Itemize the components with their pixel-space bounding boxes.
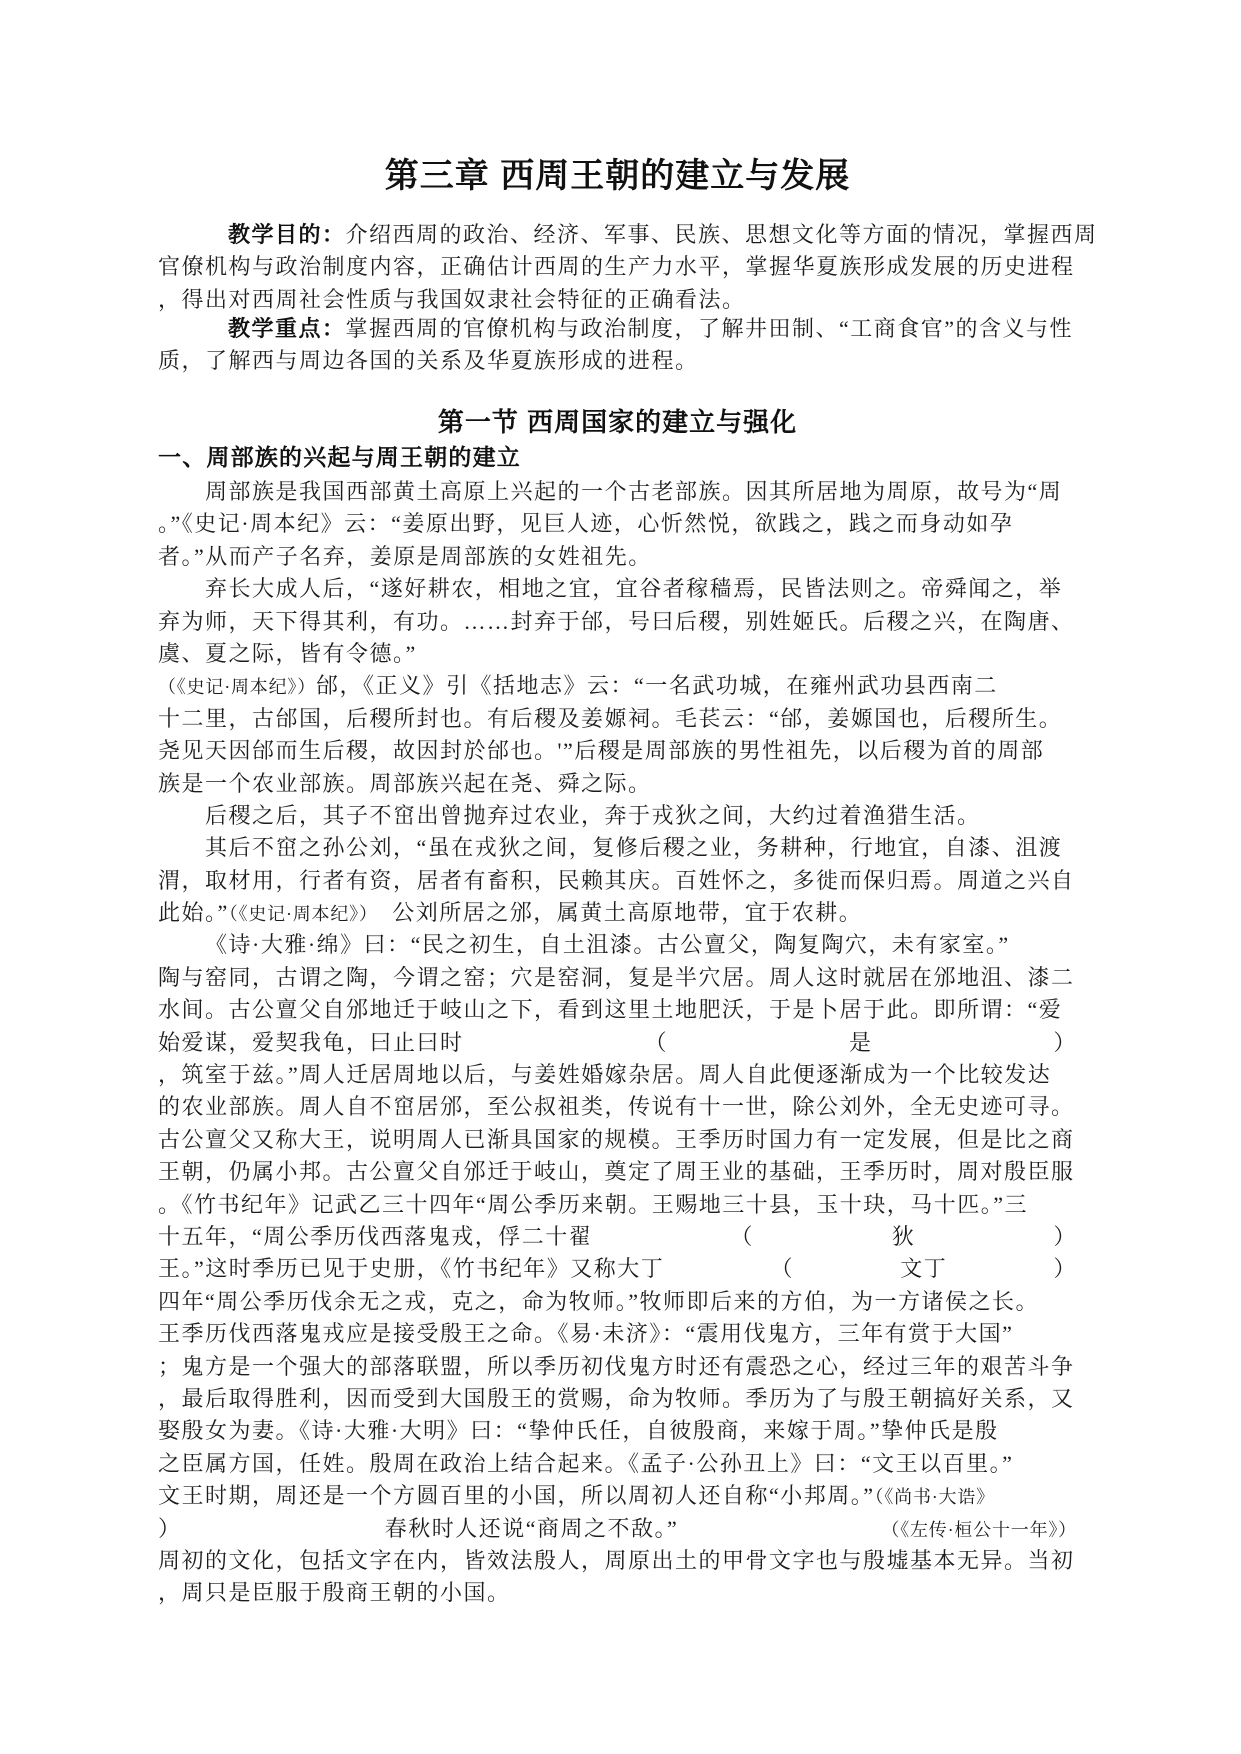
- document-page: 第三章 西周王朝的建立与发展 教学目的：介绍西周的政治、经济、军事、民族、思想文…: [0, 0, 1241, 1754]
- text-line: 《诗·大雅·绵》曰：“民之初生，自土沮漆。古公亶父，陶复陶穴，未有家室。”: [158, 929, 1077, 961]
- text-segment: 的农业部族。周人自不窋居邠，至公叔祖类，传说有十一世，除公刘外，全无史迹可寻。: [158, 1094, 1075, 1119]
- text-line: 始爱谋，爱契我龟，曰止曰时（是）: [158, 1027, 1077, 1059]
- text-segment: 始爱谋，爱契我龟，曰止曰时: [158, 1027, 464, 1059]
- text-line: 周初的文化，包括文字在内，皆效法殷人，周原出土的甲骨文字也与殷墟基本无异。当初: [158, 1545, 1077, 1577]
- text-line: 周部族是我国西部黄土高原上兴起的一个古老部族。因其所居地为周原，故号为“周: [158, 476, 1077, 508]
- text-line: （《史记·周本纪》）邰，《正义》引《括地志》云：“一名武功城，在雍州武功县西南二: [158, 670, 1077, 702]
- teaching-goal-paragraph: 教学目的：介绍西周的政治、经济、军事、民族、思想文化等方面的情况，掌握西周官僚机…: [158, 219, 1077, 316]
- text-segment: 尧见天因邰而生后稷，故因封於邰也。'”后稷是周部族的男性祖先，以后稷为首的周部: [158, 738, 1044, 763]
- text-segment: 王季历伐西落鬼戎应是接受殷王之命。《易·未济》：“震用伐鬼方，三年有赏于大国”: [158, 1321, 1013, 1346]
- text-line: 四年“周公季历伐余无之戎，克之，命为牧师。”牧师即后来的方伯，为一方诸侯之长。: [158, 1286, 1077, 1318]
- text-segment: ，最后取得胜利，因而受到大国殷王的赏赐，命为牧师。季历为了与殷王朝搞好关系，又: [158, 1386, 1075, 1411]
- text-segment: 春秋时人还说“商周之不敌。”: [385, 1513, 679, 1545]
- text-segment: （: [730, 1221, 754, 1253]
- section-heading: 第一节 西周国家的建立与强化: [158, 406, 1077, 438]
- text-segment: 其后不窋之孙公刘，“虽在戎狄之间，复修后稷之业，务耕种，行地宜，自漆、沮渡: [205, 835, 1062, 860]
- text-segment: ，筑室于兹。”周人迁居周地以后，与姜姓婚嫁杂居。周人自此便逐渐成为一个比较发达: [158, 1062, 1051, 1087]
- text-segment: 。《竹书纪年》记武乙三十四年“周公季历来朝。王赐地三十县，玉十玦，马十匹。”三: [158, 1192, 1028, 1217]
- text-line: 娶殷女为妻。《诗·大雅·大明》曰：“挚仲氏任，自彼殷商，来嫁于周。”挚仲氏是殷: [158, 1415, 1077, 1447]
- text-segment: 渭，取材用，行者有资，居者有畜积，民赖其庆。百姓怀之，多徙而保归焉。周道之兴自: [158, 868, 1075, 893]
- text-line: 教学重点：掌握西周的官僚机构与政治制度，了解井田制、“工商食官”的含义与性: [158, 313, 1077, 345]
- text-segment: 文丁: [900, 1253, 947, 1285]
- text-line: 文王时期，周还是一个方圆百里的小国，所以周初人还自称“小邦周。”（《尚书·大诰》: [158, 1480, 1077, 1512]
- text-segment: 《诗·大雅·绵》曰：“民之初生，自土沮漆。古公亶父，陶复陶穴，未有家室。”: [205, 932, 1010, 957]
- citation-text: （《尚书·大诰》: [875, 1487, 995, 1507]
- text-segment: ，周只是臣服于殷商王朝的小国。: [158, 1580, 511, 1605]
- text-segment: 弃长大成人后，“遂好耕农，相地之宜，宜谷者稼穑焉，民皆法则之。帝舜闻之，举: [205, 576, 1062, 601]
- text-segment: ）: [1053, 1027, 1077, 1059]
- text-line: 。《竹书纪年》记武乙三十四年“周公季历来朝。王赐地三十县，玉十玦，马十匹。”三: [158, 1189, 1077, 1221]
- text-line: 后稷之后，其子不窋出曾抛弃过农业，奔于戎狄之间，大约过着渔猎生活。: [158, 800, 1077, 832]
- text-segment: （: [771, 1253, 795, 1285]
- text-line: ，周只是臣服于殷商王朝的小国。: [158, 1577, 1077, 1609]
- citation-text: （《史记·周本纪》）: [229, 904, 369, 924]
- text-line: 官僚机构与政治制度内容，正确估计西周的生产力水平，掌握华夏族形成发展的历史进程: [158, 251, 1077, 283]
- text-line: 陶与窑同，古谓之陶，今谓之窑；穴是窑洞，复是半穴居。周人这时就居在邠地沮、漆二: [158, 962, 1077, 994]
- paragraph-label: 教学重点：: [228, 316, 346, 341]
- text-line: 水间。古公亶父自邠地迁于岐山之下，看到这里土地肥沃，于是卜居于此。即所谓：“爱: [158, 994, 1077, 1026]
- text-line: 教学目的：介绍西周的政治、经济、军事、民族、思想文化等方面的情况，掌握西周: [158, 219, 1077, 251]
- text-line: ；鬼方是一个强大的部落联盟，所以季历初伐鬼方时还有震恐之心，经过三年的艰苦斗争: [158, 1351, 1077, 1383]
- text-line: 渭，取材用，行者有资，居者有畜积，民赖其庆。百姓怀之，多徙而保归焉。周道之兴自: [158, 865, 1077, 897]
- subsection-heading: 一、周部族的兴起与周王朝的建立: [158, 441, 1077, 473]
- text-segment: 古公亶父又称大王，说明周人已渐具国家的规模。王季历时国力有一定发展，但是比之商: [158, 1127, 1075, 1152]
- text-segment: 王。”这时季历已见于史册，《竹书纪年》又称大丁: [158, 1253, 664, 1285]
- text-segment: 之臣属方国，任姓。殷周在政治上结合起来。《孟子·公孙丑上》曰：“文王以百里。”: [158, 1451, 1013, 1476]
- text-line: 此始。”（《史记·周本纪》） 公刘所居之邠，属黄土高原地带，宜于农耕。: [158, 897, 1077, 929]
- text-segment: 周部族是我国西部黄土高原上兴起的一个古老部族。因其所居地为周原，故号为“周: [205, 479, 1062, 504]
- text-segment: 十五年，“周公季历伐西落鬼戎，俘二十翟: [158, 1221, 592, 1253]
- page-title: 第三章 西周王朝的建立与发展: [158, 156, 1077, 196]
- text-segment: 狄: [892, 1221, 916, 1253]
- text-line: 者。”从而产子名弃，姜原是周部族的女姓祖先。: [158, 541, 1077, 573]
- paragraph-label: 教学目的：: [228, 222, 346, 247]
- text-line: ，筑室于兹。”周人迁居周地以后，与姜姓婚嫁杂居。周人自此便逐渐成为一个比较发达: [158, 1059, 1077, 1091]
- text-line: 十二里，古邰国，后稷所封也。有后稷及姜嫄祠。毛苌云：“邰，姜嫄国也，后稷所生。: [158, 703, 1077, 735]
- text-line: 其后不窋之孙公刘，“虽在戎狄之间，复修后稷之业，务耕种，行地宜，自漆、沮渡: [158, 832, 1077, 864]
- text-segment: 弃为师，天下得其利，有功。……封弃于邰，号曰后稷，别姓姬氏。后稷之兴，在陶唐、: [158, 609, 1075, 634]
- text-segment: 四年“周公季历伐余无之戎，克之，命为牧师。”牧师即后来的方伯，为一方诸侯之长。: [158, 1289, 1039, 1314]
- citation-text: （《史记·周本纪》）: [158, 677, 316, 697]
- text-segment: 此始。”: [158, 900, 229, 925]
- text-segment: 十二里，古邰国，后稷所封也。有后稷及姜嫄祠。毛苌云：“邰，姜嫄国也，后稷所生。: [158, 706, 1062, 731]
- text-line: 王季历伐西落鬼戎应是接受殷王之命。《易·未济》：“震用伐鬼方，三年有赏于大国”: [158, 1318, 1077, 1350]
- text-segment: ）: [1053, 1221, 1077, 1253]
- text-line: 弃长大成人后，“遂好耕农，相地之宜，宜谷者稼穑焉，民皆法则之。帝舜闻之，举: [158, 573, 1077, 605]
- text-line: 十五年，“周公季历伐西落鬼戎，俘二十翟（狄）: [158, 1221, 1077, 1253]
- text-segment: ，得出对西周社会性质与我国奴隶社会特征的正确看法。: [158, 287, 746, 312]
- text-segment: 文王时期，周还是一个方圆百里的小国，所以周初人还自称“小邦周。”: [158, 1483, 875, 1508]
- text-segment: 虞、夏之际，皆有令德。”: [158, 641, 417, 666]
- citation-text: （《左传·桓公十一年》）: [881, 1514, 1077, 1546]
- text-line: 之臣属方国，任姓。殷周在政治上结合起来。《孟子·公孙丑上》曰：“文王以百里。”: [158, 1448, 1077, 1480]
- text-segment: 娶殷女为妻。《诗·大雅·大明》曰：“挚仲氏任，自彼殷商，来嫁于周。”挚仲氏是殷: [158, 1418, 999, 1443]
- text-segment: 者。”从而产子名弃，姜原是周部族的女姓祖先。: [158, 544, 652, 569]
- text-line: 族是一个农业部族。周部族兴起在尧、舜之际。: [158, 768, 1077, 800]
- text-line: 质，了解西与周边各国的关系及华夏族形成的进程。: [158, 345, 1077, 377]
- text-segment: 王朝，仍属小邦。古公亶父自邠迁于岐山，奠定了周王业的基础，王季历时，周对殷臣服: [158, 1159, 1075, 1184]
- text-line: ，最后取得胜利，因而受到大国殷王的赏赐，命为牧师。季历为了与殷王朝搞好关系，又: [158, 1383, 1077, 1415]
- text-segment: 质，了解西与周边各国的关系及华夏族形成的进程。: [158, 348, 699, 373]
- text-segment: 水间。古公亶父自邠地迁于岐山之下，看到这里土地肥沃，于是卜居于此。即所谓：“爱: [158, 997, 1062, 1022]
- text-segment: 邰，《正义》引《括地志》云：“一名武功城，在雍州武功县西南二: [316, 673, 998, 698]
- body-text: 周部族是我国西部黄土高原上兴起的一个古老部族。因其所居地为周原，故号为“周。”《…: [158, 476, 1077, 1610]
- text-segment: ；鬼方是一个强大的部落联盟，所以季历初伐鬼方时还有震恐之心，经过三年的艰苦斗争: [158, 1354, 1075, 1379]
- text-line: 弃为师，天下得其利，有功。……封弃于邰，号曰后稷，别姓姬氏。后稷之兴，在陶唐、: [158, 606, 1077, 638]
- text-line: 古公亶父又称大王，说明周人已渐具国家的规模。王季历时国力有一定发展，但是比之商: [158, 1124, 1077, 1156]
- text-line: ）春秋时人还说“商周之不敌。”（《左传·桓公十一年》）: [158, 1513, 1077, 1545]
- text-line: ，得出对西周社会性质与我国奴隶社会特征的正确看法。: [158, 284, 1077, 316]
- text-segment: 介绍西周的政治、经济、军事、民族、思想文化等方面的情况，掌握西周: [346, 222, 1098, 247]
- text-segment: 后稷之后，其子不窋出曾抛弃过农业，奔于戎狄之间，大约过着渔猎生活。: [205, 803, 981, 828]
- text-segment: 掌握西周的官僚机构与政治制度，了解井田制、“工商食官”的含义与性: [346, 316, 1074, 341]
- text-segment: 族是一个农业部族。周部族兴起在尧、舜之际。: [158, 771, 652, 796]
- text-line: 虞、夏之际，皆有令德。”: [158, 638, 1077, 670]
- text-segment: 陶与窑同，古谓之陶，今谓之窑；穴是窑洞，复是半穴居。周人这时就居在邠地沮、漆二: [158, 965, 1075, 990]
- text-segment: 周初的文化，包括文字在内，皆效法殷人，周原出土的甲骨文字也与殷墟基本无异。当初: [158, 1548, 1075, 1573]
- text-segment: 是: [849, 1027, 873, 1059]
- text-segment: ）: [158, 1513, 182, 1545]
- text-segment: 公刘所居之邠，属黄土高原地带，宜于农耕。: [369, 900, 863, 925]
- text-line: 的农业部族。周人自不窋居邠，至公叔祖类，传说有十一世，除公刘外，全无史迹可寻。: [158, 1091, 1077, 1123]
- text-line: 尧见天因邰而生后稷，故因封於邰也。'”后稷是周部族的男性祖先，以后稷为首的周部: [158, 735, 1077, 767]
- text-segment: 官僚机构与政治制度内容，正确估计西周的生产力水平，掌握华夏族形成发展的历史进程: [158, 254, 1075, 279]
- teaching-focus-paragraph: 教学重点：掌握西周的官僚机构与政治制度，了解井田制、“工商食官”的含义与性质，了…: [158, 313, 1077, 378]
- text-segment: 。”《史记·周本纪》云：“姜原出野，见巨人迹，心忻然悦，欲践之，践之而身动如孕: [158, 511, 1013, 536]
- text-segment: （: [644, 1027, 668, 1059]
- text-line: 王。”这时季历已见于史册，《竹书纪年》又称大丁（文丁）: [158, 1253, 1077, 1285]
- text-segment: ）: [1053, 1253, 1077, 1285]
- text-line: 。”《史记·周本纪》云：“姜原出野，见巨人迹，心忻然悦，欲践之，践之而身动如孕: [158, 508, 1077, 540]
- text-line: 王朝，仍属小邦。古公亶父自邠迁于岐山，奠定了周王业的基础，王季历时，周对殷臣服: [158, 1156, 1077, 1188]
